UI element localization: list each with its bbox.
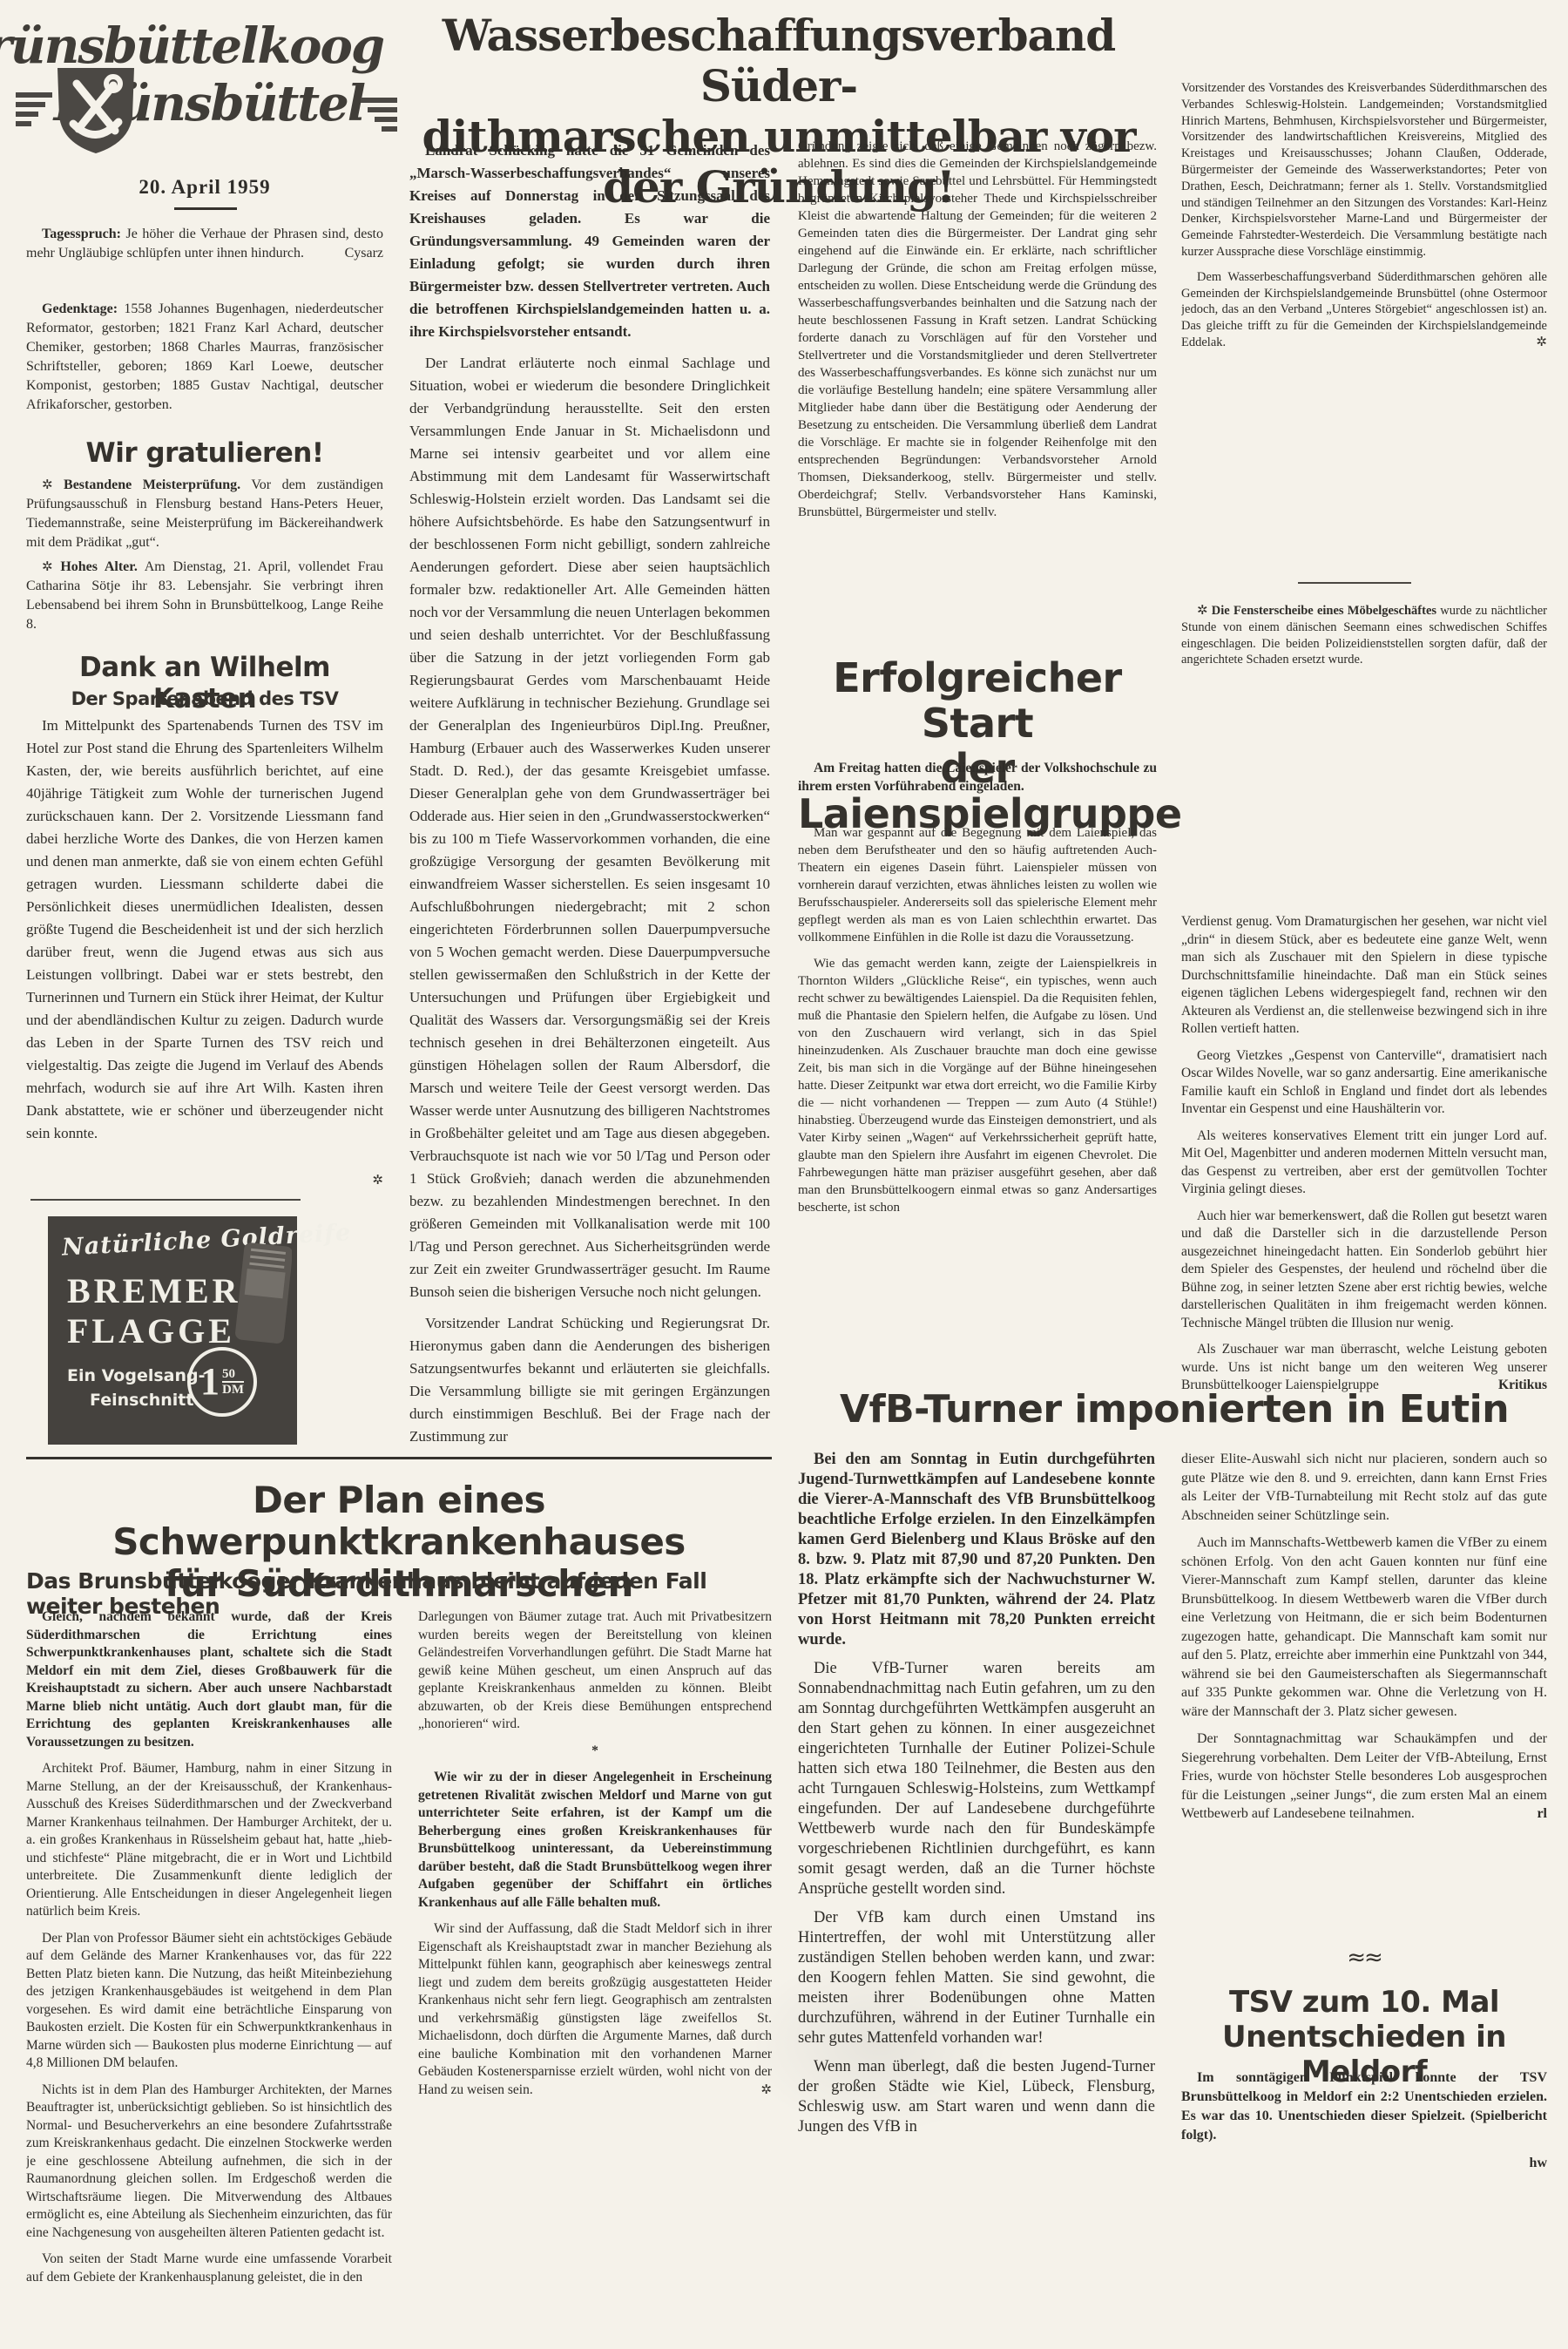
issue-date: 20. April 1959 (26, 176, 383, 199)
hospital-headline-line1: Der Plan eines Schwerpunktkrankenhauses (26, 1479, 772, 1563)
kasten-article: Im Mittelpunkt des Spartenabends Turnen … (26, 714, 383, 1192)
squiggle-divider: ≈≈ (1181, 1945, 1547, 1971)
vfb-headline: VfB-Turner imponierten in Eutin (798, 1387, 1551, 1432)
gratulieren-title: Wir gratulieren! (26, 437, 383, 469)
masthead-flourish-right (361, 98, 397, 132)
town-crest-icon (51, 63, 141, 157)
tobacco-advertisement: Natürliche Goldreife BREMER FLAGGE Ein V… (48, 1216, 297, 1445)
water-article-col2: Gründung zeigte sich, daß einige Gemeind… (798, 138, 1157, 660)
laienspiel-paragraph: Verdienst genug. Vom Dramaturgischen her… (1181, 913, 1547, 1039)
laienspiel-col-left: Man war gespannt auf die Begegnung mit d… (798, 824, 1157, 1446)
hospital-col2: Darlegungen von Bäumer zutage trat. Auch… (418, 1608, 772, 2346)
kasten-body: Im Mittelpunkt des Spartenabends Turnen … (26, 717, 383, 1141)
star-icon: ✲ (1197, 604, 1208, 618)
hospital-paragraph: Von seiten der Stadt Marne wurde eine um… (26, 2251, 392, 2286)
water-lead: Landrat Schücking hatte die 51 Gemeinden… (409, 139, 770, 343)
grat1-title: Bestandene Meisterprüfung. (64, 477, 240, 492)
laienspiel-col-right: Verdienst genug. Vom Dramaturgischen her… (1181, 913, 1547, 1446)
laienspiel-lead-text: Am Freitag hatten die Laienspieler der V… (798, 760, 1157, 795)
vfb-col2: dieser Elite-Auswahl sich nicht nur plac… (1181, 1450, 1547, 1934)
masthead: Brünsbüttelkoog Brünsbüttel 20. April 19… (26, 12, 383, 221)
tagesspruch: Tagesspruch: Je höher die Verhaue der Ph… (26, 225, 383, 294)
vfb-paragraph: Der Sonntagnachmittag war Schaukämpfen u… (1181, 1731, 1547, 1821)
ad-sub-line1: Ein Vogelsang- (67, 1366, 206, 1385)
tsv-item: Im sonntägigen Punktspiel konnte der TSV… (1181, 2068, 1547, 2199)
star-icon: ✲ (356, 1169, 383, 1192)
laienspiel-paragraph: Georg Vietzkes „Gespenst von Canterville… (1181, 1047, 1547, 1119)
asterisk-divider: * (418, 1743, 772, 1761)
water-paragraph: Vorsitzender Landrat Schücking und Regie… (409, 1312, 770, 1445)
vfb-paragraph: Auch im Mannschafts-Wettbewerb kamen die… (1181, 1533, 1547, 1721)
laienspiel-paragraph: Wie das gemacht werden kann, zeigte der … (798, 955, 1157, 1216)
kasten-subtitle: Der Spartenabend des TSV (26, 688, 383, 709)
grat2-title: Hohes Alter. (60, 559, 138, 574)
water-paragraph: Der Landrat erläuterte noch einmal Sachl… (409, 352, 770, 1303)
water-paragraph: Dem Wasserbeschaffungsverband Süderdithm… (1181, 270, 1547, 349)
tagesspruch-label: Tagesspruch: (42, 227, 121, 241)
water-paragraph: Vorsitzender des Vorstandes des Kreisver… (1181, 80, 1547, 261)
tsv-signature: hw (1530, 2156, 1547, 2170)
ad-price-badge: 1 50 DM (187, 1347, 257, 1417)
laienspiel-headline-line1: Erfolgreicher Start (798, 655, 1157, 746)
fenster-title: Die Fensterscheibe eines Möbelgeschäftes (1212, 604, 1436, 618)
water-article-col3: Vorsitzender des Vorstandes des Kreisver… (1181, 80, 1547, 568)
vfb-paragraph: dieser Elite-Auswahl sich nicht nur plac… (1181, 1450, 1547, 1525)
laienspiel-paragraph: Man war gespannt auf die Begegnung mit d… (798, 824, 1157, 946)
ad-price-unit: DM (222, 1383, 244, 1398)
hospital-paragraph: Der Plan von Professor Bäumer sieht ein … (26, 1930, 392, 2073)
vfb-paragraph: Die VfB-Turner waren bereits am Sonnaben… (798, 1659, 1155, 1899)
ad-brand-line2: FLAGGE (67, 1310, 235, 1351)
star-icon: ✲ (1520, 335, 1547, 351)
tagesspruch-author: Cysarz (329, 244, 383, 263)
water-headline-line1: Wasserbeschaffungsverband Süder- (399, 10, 1159, 112)
hospital-paragraph: Nichts ist in dem Plan des Hamburger Arc… (26, 2082, 392, 2243)
laienspiel-paragraph: Als weiteres konservatives Element tritt… (1181, 1127, 1547, 1199)
newspaper-page: { "masthead": { "title_line1": "Brünsbüt… (0, 0, 1568, 2349)
hospital-paragraph: Wie wir zu der in dieser Angelegenheit i… (418, 1769, 772, 1912)
gedenktage-text: 1558 Johannes Bugenhagen, niederdeutsche… (26, 301, 383, 412)
ad-price-sup: 50 (222, 1367, 244, 1384)
ad-brand-line1: BREMER (67, 1270, 241, 1311)
water-paragraph: Gründung zeigte sich, daß einige Gemeind… (798, 138, 1157, 521)
gedenktage: Gedenktage: 1558 Johannes Bugenhagen, ni… (26, 300, 383, 432)
masthead-flourish-left (16, 92, 52, 126)
laienspiel-lead: Am Freitag hatten die Laienspieler der V… (798, 760, 1157, 817)
ink-bleed-ghost (740, 1952, 1019, 2135)
ad-sub-line2: Feinschnitt (90, 1391, 193, 1410)
date-rule (174, 207, 237, 210)
left-column-rule (30, 1199, 301, 1201)
laienspiel-paragraph: Auch hier war bemerkenswert, daß die Rol… (1181, 1208, 1547, 1333)
water-article-col1: Landrat Schücking hatte die 51 Gemeinden… (409, 139, 770, 1445)
gratulieren-items: ✲ Bestandene Meisterprüfung. Vor dem zus… (26, 476, 383, 646)
hospital-paragraph: Darlegungen von Bäumer zutage trat. Auch… (418, 1608, 772, 1734)
col4-item-rule (1298, 582, 1411, 584)
hospital-col1: Gleich, nachdem bekannt wurde, daß der K… (26, 1608, 392, 2346)
star-icon: ✲ (42, 560, 53, 574)
fensterscheibe-item: ✲ Die Fensterscheibe eines Möbelgeschäft… (1181, 603, 1547, 734)
section-rule-left (26, 1457, 772, 1459)
tsv-headline-line1: TSV zum 10. Mal (1181, 1985, 1547, 2020)
tobacco-pouch-icon (234, 1241, 292, 1345)
ad-price-main: 1 (200, 1363, 220, 1401)
vfb-signature: rl (1537, 1804, 1547, 1824)
vfb-col1: Bei den am Sonntag in Eutin durchgeführt… (798, 1450, 1155, 2344)
gedenktage-label: Gedenktage: (42, 301, 118, 316)
hospital-paragraph: Wir sind der Auffassung, daß die Stadt M… (418, 1921, 772, 2097)
star-icon: ✲ (42, 478, 53, 492)
vfb-lead: Bei den am Sonntag in Eutin durchgeführt… (798, 1450, 1155, 1650)
hospital-paragraph: Architekt Prof. Bäumer, Hamburg, nahm in… (26, 1760, 392, 1921)
hospital-lead: Gleich, nachdem bekannt wurde, daß der K… (26, 1608, 392, 1751)
laienspiel-paragraph: Als Zuschauer war man überrascht, welche… (1181, 1342, 1547, 1392)
tsv-text: Im sonntägigen Punktspiel konnte der TSV… (1181, 2070, 1547, 2143)
